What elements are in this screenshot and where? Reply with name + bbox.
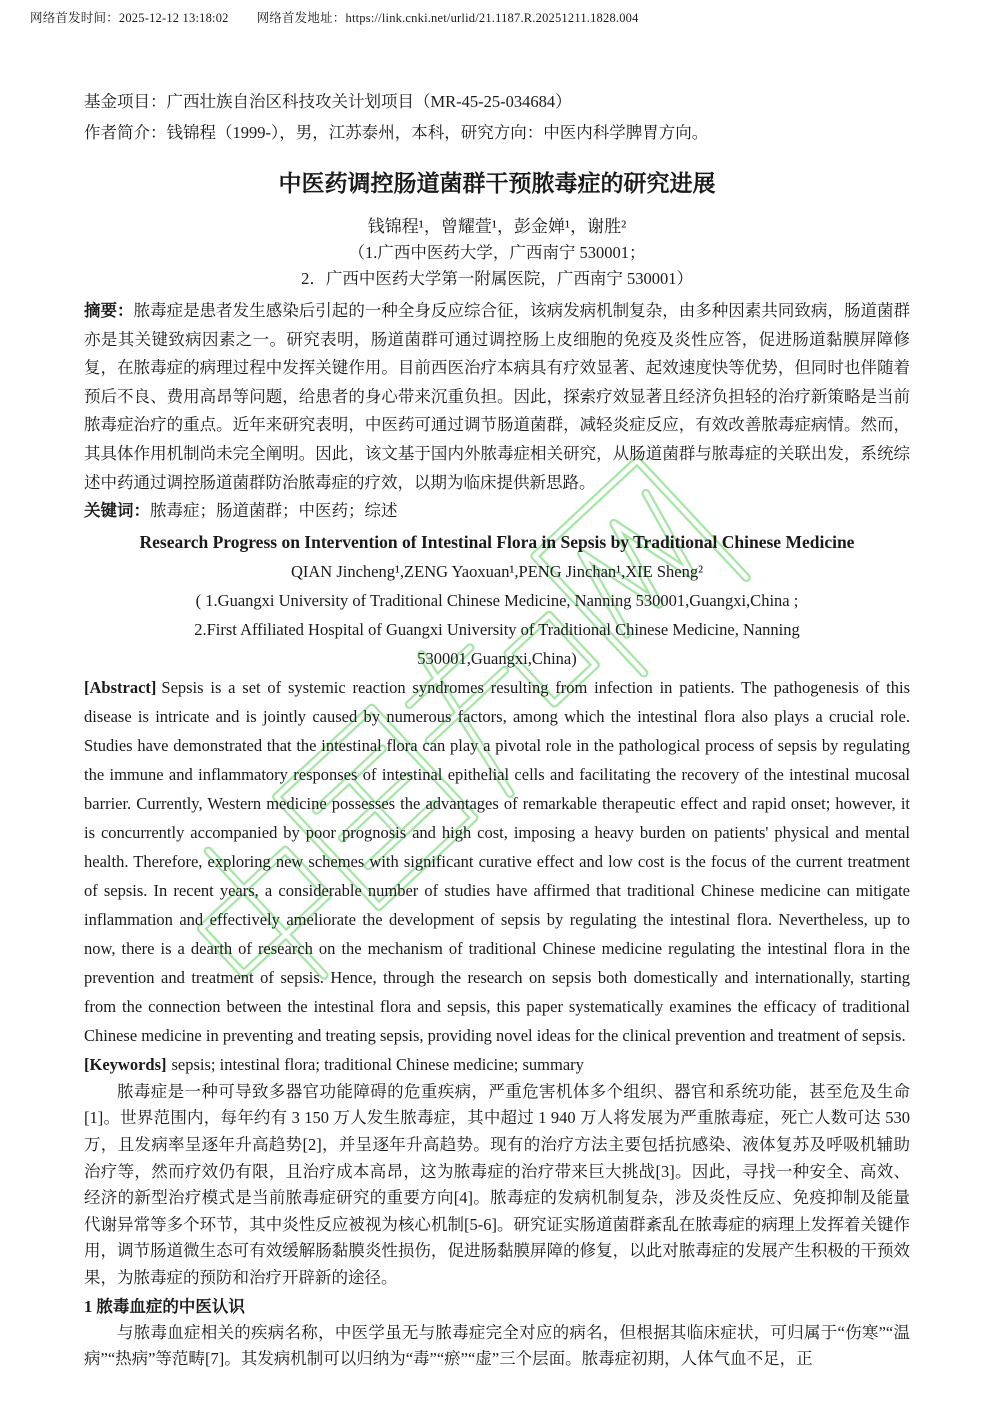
affiliation-zh-1: （1.广西中医药大学，广西南宁 530001； <box>84 240 910 266</box>
abstract-en-label: [Abstract] <box>84 678 156 697</box>
publish-url: https://link.cnki.net/urlid/21.1187.R.20… <box>346 11 639 25</box>
abstract-en-text: Sepsis is a set of systemic reaction syn… <box>84 678 910 1045</box>
online-first-header: 网络首发时间：2025-12-12 13:18:02网络首发地址：https:/… <box>30 8 639 26</box>
affiliation-en-2: 2.First Affiliated Hospital of Guangxi U… <box>84 615 910 644</box>
paper-content: 基金项目：广西壮族自治区科技攻关计划项目（MR-45-25-034684） 作者… <box>84 86 910 1373</box>
keywords-en: [Keywords]sepsis; intestinal flora; trad… <box>84 1050 910 1079</box>
keywords-en-label: [Keywords] <box>84 1055 166 1074</box>
affiliation-en-1: ( 1.Guangxi University of Traditional Ch… <box>84 586 910 615</box>
section-heading-1: 1 脓毒血症的中医认识 <box>84 1293 910 1320</box>
keywords-zh: 关键词：脓毒症；肠道菌群；中医药；综述 <box>84 497 910 526</box>
authors-zh: 钱锦程¹，曾耀萱¹，彭金婵¹，谢胜² <box>84 214 910 240</box>
affiliation-zh-2: 2．广西中医药大学第一附属医院，广西南宁 530001） <box>84 266 910 292</box>
publish-time-label: 网络首发时间： <box>30 11 119 25</box>
abstract-en: [Abstract]Sepsis is a set of systemic re… <box>84 673 910 1050</box>
body-paragraph-1: 脓毒症是一种可导致多器官功能障碍的危重疾病，严重危害机体多个组织、器官和系统功能… <box>84 1079 910 1292</box>
fund-project-line: 基金项目：广西壮族自治区科技攻关计划项目（MR-45-25-034684） <box>84 86 910 117</box>
paper-title-zh: 中医药调控肠道菌群干预脓毒症的研究进展 <box>84 169 910 199</box>
keywords-en-text: sepsis; intestinal flora; traditional Ch… <box>171 1055 583 1074</box>
publish-url-label: 网络首发地址： <box>257 11 346 25</box>
keywords-zh-text: 脓毒症；肠道菌群；中医药；综述 <box>150 501 398 520</box>
paper-page: { "header": { "publish_time_label": "网络首… <box>0 0 992 1403</box>
abstract-zh-text: 脓毒症是患者发生感染后引起的一种全身反应综合征，该病发病机制复杂，由多种因素共同… <box>84 301 910 492</box>
paper-title-en: Research Progress on Intervention of Int… <box>84 528 910 557</box>
keywords-zh-label: 关键词： <box>84 501 150 520</box>
author-bio-line: 作者简介：钱锦程（1999-），男，江苏泰州，本科，研究方向：中医内科学脾胃方向… <box>84 117 910 148</box>
publish-time: 2025-12-12 13:18:02 <box>119 11 229 25</box>
body-paragraph-2: 与脓毒血症相关的疾病名称，中医学虽无与脓毒症完全对应的病名，但根据其临床症状，可… <box>84 1320 910 1373</box>
affiliation-en-3: 530001,Guangxi,China) <box>84 644 910 673</box>
abstract-zh-label: 摘要： <box>84 301 134 320</box>
abstract-zh: 摘要：脓毒症是患者发生感染后引起的一种全身反应综合征，该病发病机制复杂，由多种因… <box>84 297 910 497</box>
authors-en: QIAN Jincheng¹,ZENG Yaoxuan¹,PENG Jincha… <box>84 557 910 586</box>
